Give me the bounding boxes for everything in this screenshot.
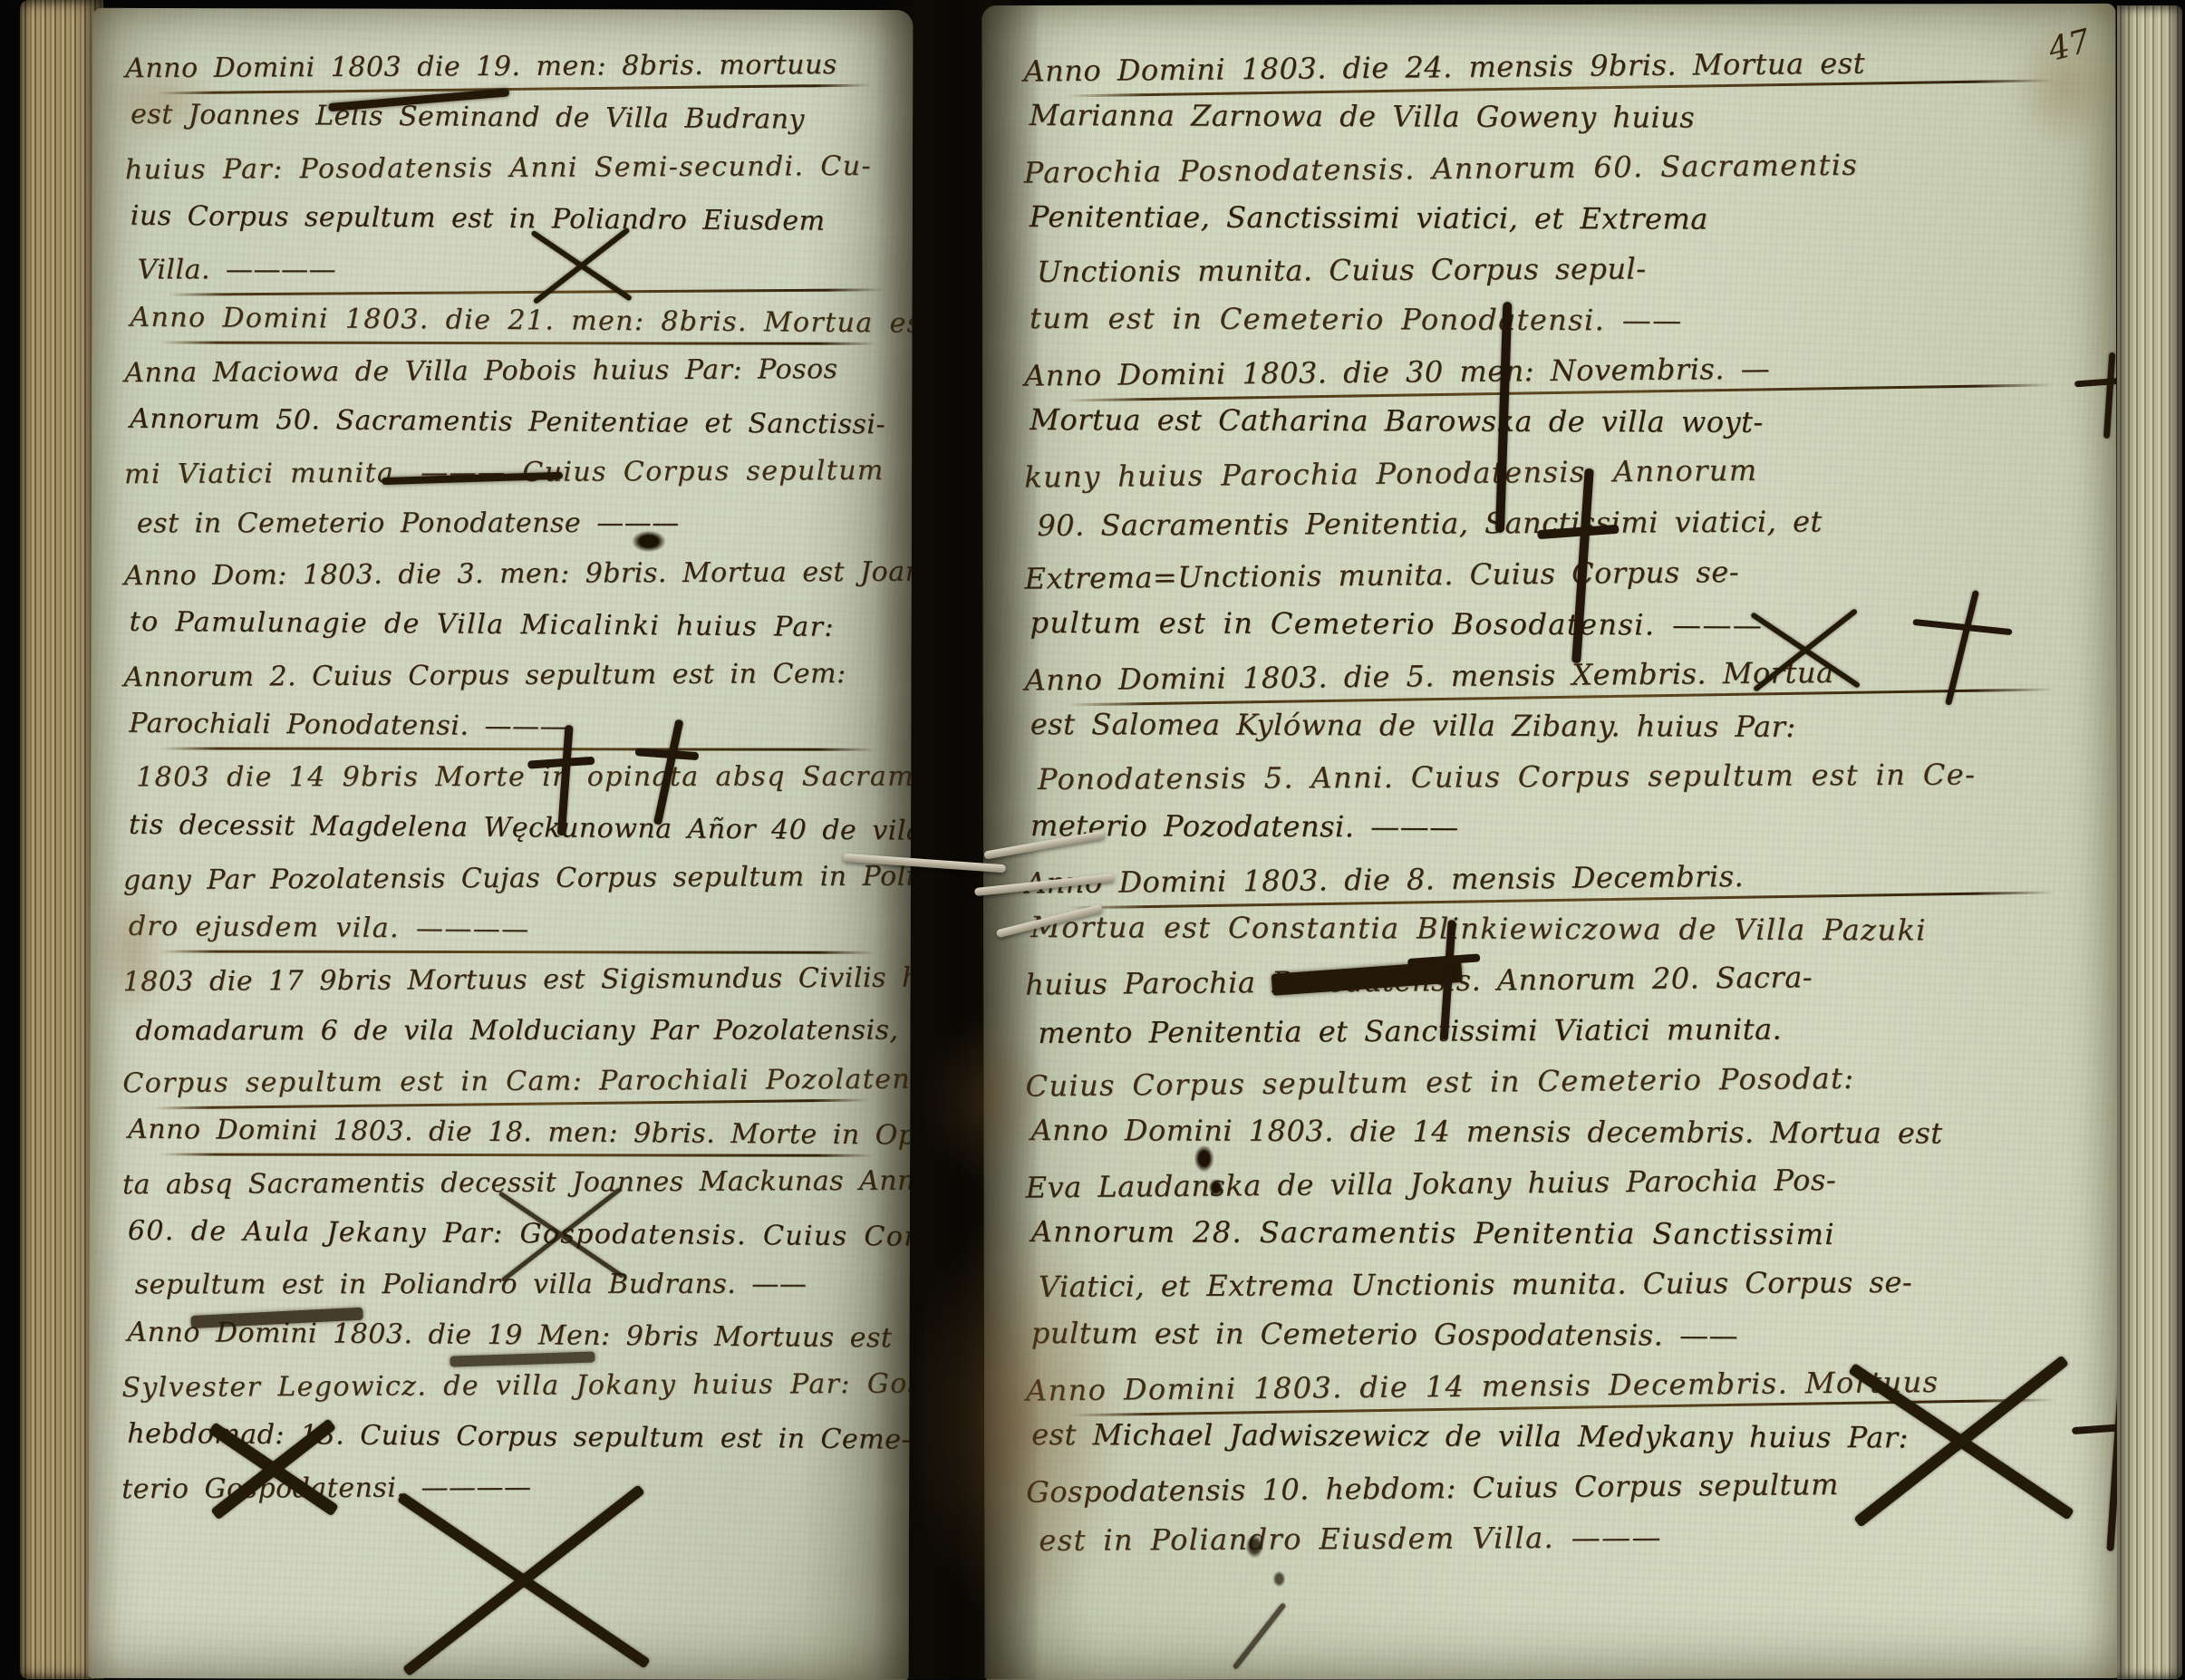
ink-speck bbox=[1245, 1535, 1263, 1559]
ink-x-mark bbox=[1746, 597, 1864, 697]
manuscript-line: tum est in Cemeterio Ponodatensi. —— bbox=[1030, 293, 2081, 347]
left-page: Anno Domini 1803 die 19. men: 8bris. mor… bbox=[89, 8, 914, 1679]
ink-speck bbox=[1272, 1571, 1285, 1588]
manuscript-line: Anno Dom: 1803. die 3. men: 9bris. Mortu… bbox=[124, 547, 885, 602]
manuscript-line: Anno Domini 1803 die 19. men: 8bris. mor… bbox=[125, 40, 886, 94]
manuscript-line: 1803 die 17 9bris Mortuus est Sigismundu… bbox=[122, 953, 884, 1008]
ink-cross-mark bbox=[1407, 920, 1480, 1039]
manuscript-line: to Pamulunagie de Villa Micalinki huius … bbox=[129, 597, 890, 654]
manuscript-line: Anno Domini 1803. die 14 mensis decembri… bbox=[1030, 1105, 2082, 1159]
ink-stroke bbox=[1233, 1602, 1287, 1670]
manuscript-line: 1803 die 14 9bris Morte in opinata absq … bbox=[136, 752, 897, 804]
manuscript-line: domadarum 6 de vila Molduciany Par Pozol… bbox=[135, 1006, 896, 1057]
ink-x-mark bbox=[493, 1160, 629, 1305]
ink-x-mark bbox=[527, 213, 636, 313]
ink-x-mark bbox=[205, 1395, 341, 1530]
manuscript-line: Anno Domini 1803. die 8. mensis Decembri… bbox=[1025, 847, 2076, 908]
manuscript-line: Ponodatensis 5. Anni. Cuius Corpus sepul… bbox=[1038, 748, 2089, 805]
manuscript-line: est Salomea Kylówna de villa Zibany. hui… bbox=[1030, 699, 2082, 753]
manuscript-line: ius Corpus sepultum est in Poliandro Eiu… bbox=[131, 191, 892, 248]
manuscript-line: Cuius Corpus sepultum est in Cemeterio P… bbox=[1025, 1050, 2076, 1111]
manuscript-line: dro ejusdem vila. ———— bbox=[129, 902, 890, 959]
gutter-water-stain bbox=[906, 1205, 1128, 1631]
manuscript-line: Parochiali Ponodatensi. ——— bbox=[129, 699, 890, 756]
page-stack-fore-edge-right bbox=[2117, 5, 2182, 1679]
manuscript-line: Anno Domini 1803. die 18. men: 9bris. Mo… bbox=[128, 1105, 889, 1162]
ink-blot bbox=[632, 530, 666, 552]
manuscript-line: tis decessit Magdelena Węckunowna Añor 4… bbox=[129, 800, 890, 857]
manuscript-line: Corpus sepultum est in Cam: Parochiali P… bbox=[122, 1055, 884, 1109]
ink-cross-mark bbox=[527, 725, 595, 835]
manuscript-line: Unctionis munita. Cuius Corpus sepul- bbox=[1037, 241, 2088, 297]
ink-x-mark bbox=[1841, 1299, 2082, 1571]
manuscript-line: Annorum 2. Cuius Corpus sepultum est in … bbox=[123, 649, 885, 703]
paper-stain bbox=[2015, 22, 2114, 149]
manuscript-line: Anno Domini 1803. die 30 men: Novembris.… bbox=[1024, 340, 2075, 401]
ink-blot bbox=[1194, 1145, 1214, 1173]
manuscript-line: Parochia Posnodatensis. Annorum 60. Sacr… bbox=[1023, 137, 2074, 198]
ink-cross-mark bbox=[1537, 468, 1619, 663]
paper-stain bbox=[111, 63, 219, 144]
ink-cross-mark bbox=[1900, 581, 2018, 714]
gutter-water-stain bbox=[923, 1015, 1049, 1187]
manuscript-line: Mortua est Constantia Blinkiewiczowa de … bbox=[1030, 902, 2082, 956]
manuscript-line: Anna Maciowa de Villa Pobois huius Par: … bbox=[124, 344, 885, 399]
manuscript-line: Mortua est Catharina Barowska de villa w… bbox=[1030, 394, 2081, 449]
manuscript-line: Marianna Zarnowa de Villa Goweny huius bbox=[1030, 90, 2081, 144]
ink-cross-mark bbox=[2072, 1370, 2119, 1551]
manuscript-line: gany Par Pozolatensis Cujas Corpus sepul… bbox=[123, 852, 885, 906]
manuscript-line: est in Cemeterio Ponodatense ——— bbox=[137, 498, 898, 550]
manuscript-line: Annorum 50. Sacramentis Penitentiae et S… bbox=[130, 394, 891, 451]
right-page: 47 Anno Domini 1803. die 24. mensis 9bri… bbox=[981, 4, 2118, 1679]
manuscript-line: mento Penitentia et Sanctissimi Viatici … bbox=[1038, 1002, 2089, 1058]
paper-stain bbox=[97, 878, 169, 1023]
manuscript-line: Annorum 28. Sacramentis Penitentia Sanct… bbox=[1031, 1206, 2083, 1260]
manuscript-line: Penitentiae, Sanctissimi viatici, et Ext… bbox=[1030, 191, 2081, 246]
manuscript-line: Anno Domini 1803. die 24. mensis 9bris. … bbox=[1023, 35, 2074, 96]
manuscript-line: Villa. ———— bbox=[138, 245, 899, 296]
manuscript-line: huius Par: Posodatensis Anni Semi-secund… bbox=[125, 141, 886, 196]
manuscript-line: huius Parochia Ponodatensis. Annorum 20.… bbox=[1025, 949, 2076, 1009]
ink-cross-mark bbox=[2074, 352, 2119, 439]
manuscript-line: est Joannes Lelis Seminand de Villa Budr… bbox=[131, 90, 892, 147]
manuscript-line: meterio Pozodatensi. ——— bbox=[1030, 800, 2082, 854]
manuscript-line: Anno Domini 1803. die 21. men: 8bris. Mo… bbox=[130, 293, 891, 350]
ink-x-mark bbox=[388, 1472, 661, 1677]
manuscript-line: Eva Laudanska de villa Jokany huius Paro… bbox=[1025, 1152, 2076, 1212]
ink-blot bbox=[1209, 1179, 1223, 1197]
manuscript-book-spread: Anno Domini 1803 die 19. men: 8bris. mor… bbox=[0, 0, 2185, 1679]
